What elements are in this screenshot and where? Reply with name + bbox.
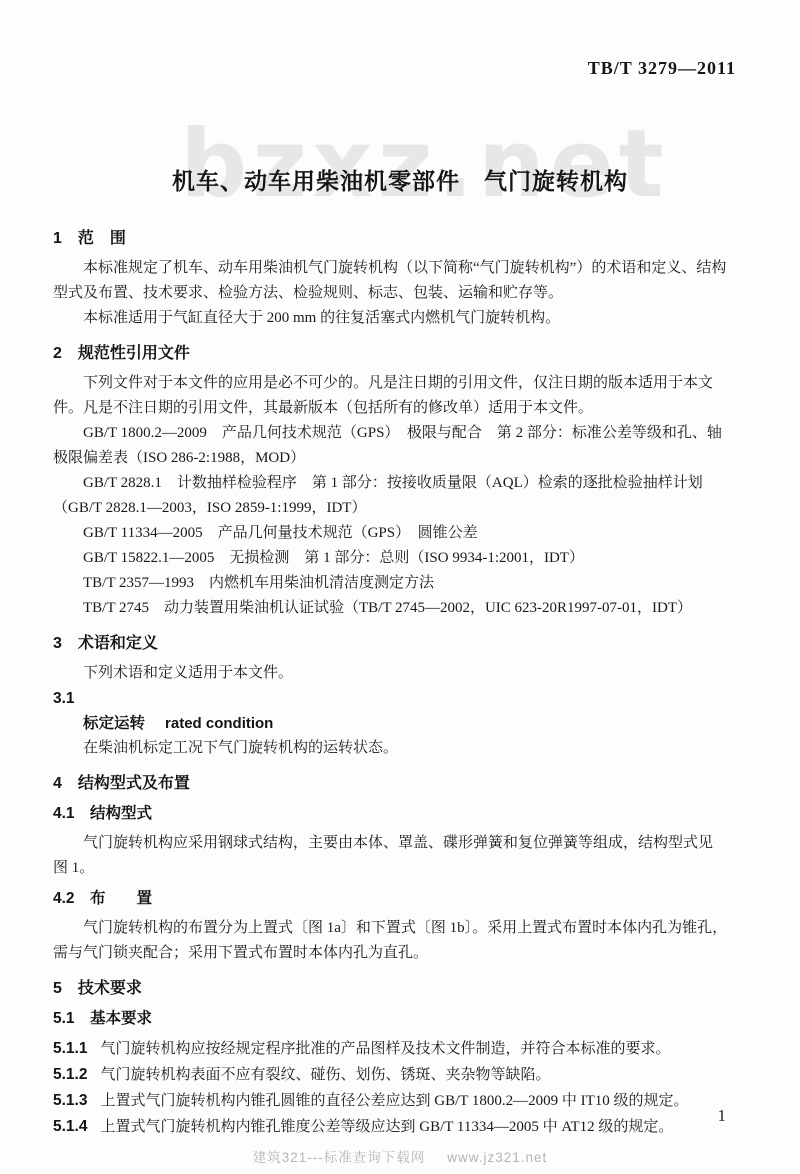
- requirement-line: 5.1.1气门旋转机构应按经规定程序批准的产品图样及技术文件制造，并符合本标准的…: [53, 1036, 753, 1062]
- footer-site-name: 建筑321---标准查询下载网: [253, 1150, 426, 1165]
- footer: 建筑321---标准查询下载网www.jz321.net: [0, 1146, 800, 1166]
- requirement-line: 5.1.4上置式气门旋转机构内锥孔锥度公差等级应达到 GB/T 11334—20…: [53, 1114, 753, 1140]
- paragraph-line: 下列文件对于本文件的应用是必不可少的。凡是注日期的引用文件，仅注日期的版本适用于…: [53, 371, 753, 396]
- clause-3-1-number: 3.1: [53, 686, 753, 711]
- paragraph-line: 下列术语和定义适用于本文件。: [53, 661, 753, 686]
- document-body: 1 范 围 本标准规定了机车、动车用柴油机气门旋转机构（以下简称“气门旋转机构”…: [53, 226, 753, 1140]
- paragraph-line: 需与气门锁夹配合；采用下置式布置时本体内孔为直孔。: [53, 941, 753, 966]
- term-definition-line: 标定运转 rated condition: [53, 711, 753, 736]
- section-3-heading: 3 术语和定义: [53, 631, 753, 656]
- term-chinese: 标定运转: [83, 715, 145, 732]
- footer-site-url: www.jz321.net: [447, 1150, 547, 1165]
- reference-line: TB/T 2745 动力装置用柴油机认证试验（TB/T 2745—2002，UI…: [53, 596, 753, 621]
- clause-number: 5.1.3: [53, 1092, 87, 1109]
- section-4-1-heading: 4.1 结构型式: [53, 801, 753, 826]
- section-1-heading: 1 范 围: [53, 226, 753, 251]
- requirement-text: 上置式气门旋转机构内锥孔圆锥的直径公差应达到 GB/T 1800.2—2009 …: [100, 1093, 688, 1109]
- document-title: 机车、动车用柴油机零部件 气门旋转机构: [0, 163, 800, 196]
- paragraph-line: 气门旋转机构的布置分为上置式〔图 1a〕和下置式〔图 1b〕。采用上置式布置时本…: [53, 916, 753, 941]
- reference-line: （GB/T 2828.1—2003，ISO 2859-1:1999，IDT）: [53, 496, 753, 521]
- clause-number: 5.1.2: [53, 1066, 87, 1083]
- document-page: TB/T 3279—2011 bzxz.net 机车、动车用柴油机零部件 气门旋…: [0, 0, 800, 1174]
- definition-line: 在柴油机标定工况下气门旋转机构的运转状态。: [53, 736, 753, 761]
- clause-number: 5.1.4: [53, 1118, 87, 1135]
- section-5-1-heading: 5.1 基本要求: [53, 1006, 753, 1031]
- reference-line: GB/T 11334—2005 产品几何量技术规范（GPS） 圆锥公差: [53, 521, 753, 546]
- reference-line: GB/T 15822.1—2005 无损检测 第 1 部分：总则（ISO 993…: [53, 546, 753, 571]
- reference-line: TB/T 2357—1993 内燃机车用柴油机清洁度测定方法: [53, 571, 753, 596]
- requirement-text: 气门旋转机构应按经规定程序批准的产品图样及技术文件制造，并符合本标准的要求。: [100, 1041, 670, 1057]
- reference-line: 极限偏差表（ISO 286-2:1988，MOD）: [53, 446, 753, 471]
- section-4-heading: 4 结构型式及布置: [53, 771, 753, 796]
- requirement-line: 5.1.3上置式气门旋转机构内锥孔圆锥的直径公差应达到 GB/T 1800.2—…: [53, 1088, 753, 1114]
- paragraph-line: 图 1。: [53, 856, 753, 881]
- reference-line: GB/T 1800.2—2009 产品几何技术规范（GPS） 极限与配合 第 2…: [53, 421, 753, 446]
- requirement-line: 5.1.2气门旋转机构表面不应有裂纹、碰伤、划伤、锈斑、夹杂物等缺陷。: [53, 1062, 753, 1088]
- clause-number: 5.1.1: [53, 1040, 87, 1057]
- section-2-heading: 2 规范性引用文件: [53, 341, 753, 366]
- paragraph-line: 件。凡是不注日期的引用文件，其最新版本（包括所有的修改单）适用于本文件。: [53, 396, 753, 421]
- section-4-2-heading: 4.2 布 置: [53, 886, 753, 911]
- paragraph-line: 本标准适用于气缸直径大于 200 mm 的往复活塞式内燃机气门旋转机构。: [53, 306, 753, 331]
- requirement-text: 气门旋转机构表面不应有裂纹、碰伤、划伤、锈斑、夹杂物等缺陷。: [100, 1067, 550, 1083]
- section-5-heading: 5 技术要求: [53, 976, 753, 1001]
- paragraph-line: 本标准规定了机车、动车用柴油机气门旋转机构（以下简称“气门旋转机构”）的术语和定…: [53, 256, 753, 281]
- paragraph-line: 气门旋转机构应采用钢球式结构，主要由本体、罩盖、碟形弹簧和复位弹簧等组成，结构型…: [53, 831, 753, 856]
- standard-number: TB/T 3279—2011: [588, 58, 736, 79]
- paragraph-line: 型式及布置、技术要求、检验方法、检验规则、标志、包装、运输和贮存等。: [53, 281, 753, 306]
- reference-line: GB/T 2828.1 计数抽样检验程序 第 1 部分：按接收质量限（AQL）检…: [53, 471, 753, 496]
- term-english: rated condition: [165, 715, 273, 732]
- requirement-text: 上置式气门旋转机构内锥孔锥度公差等级应达到 GB/T 11334—2005 中 …: [100, 1119, 673, 1135]
